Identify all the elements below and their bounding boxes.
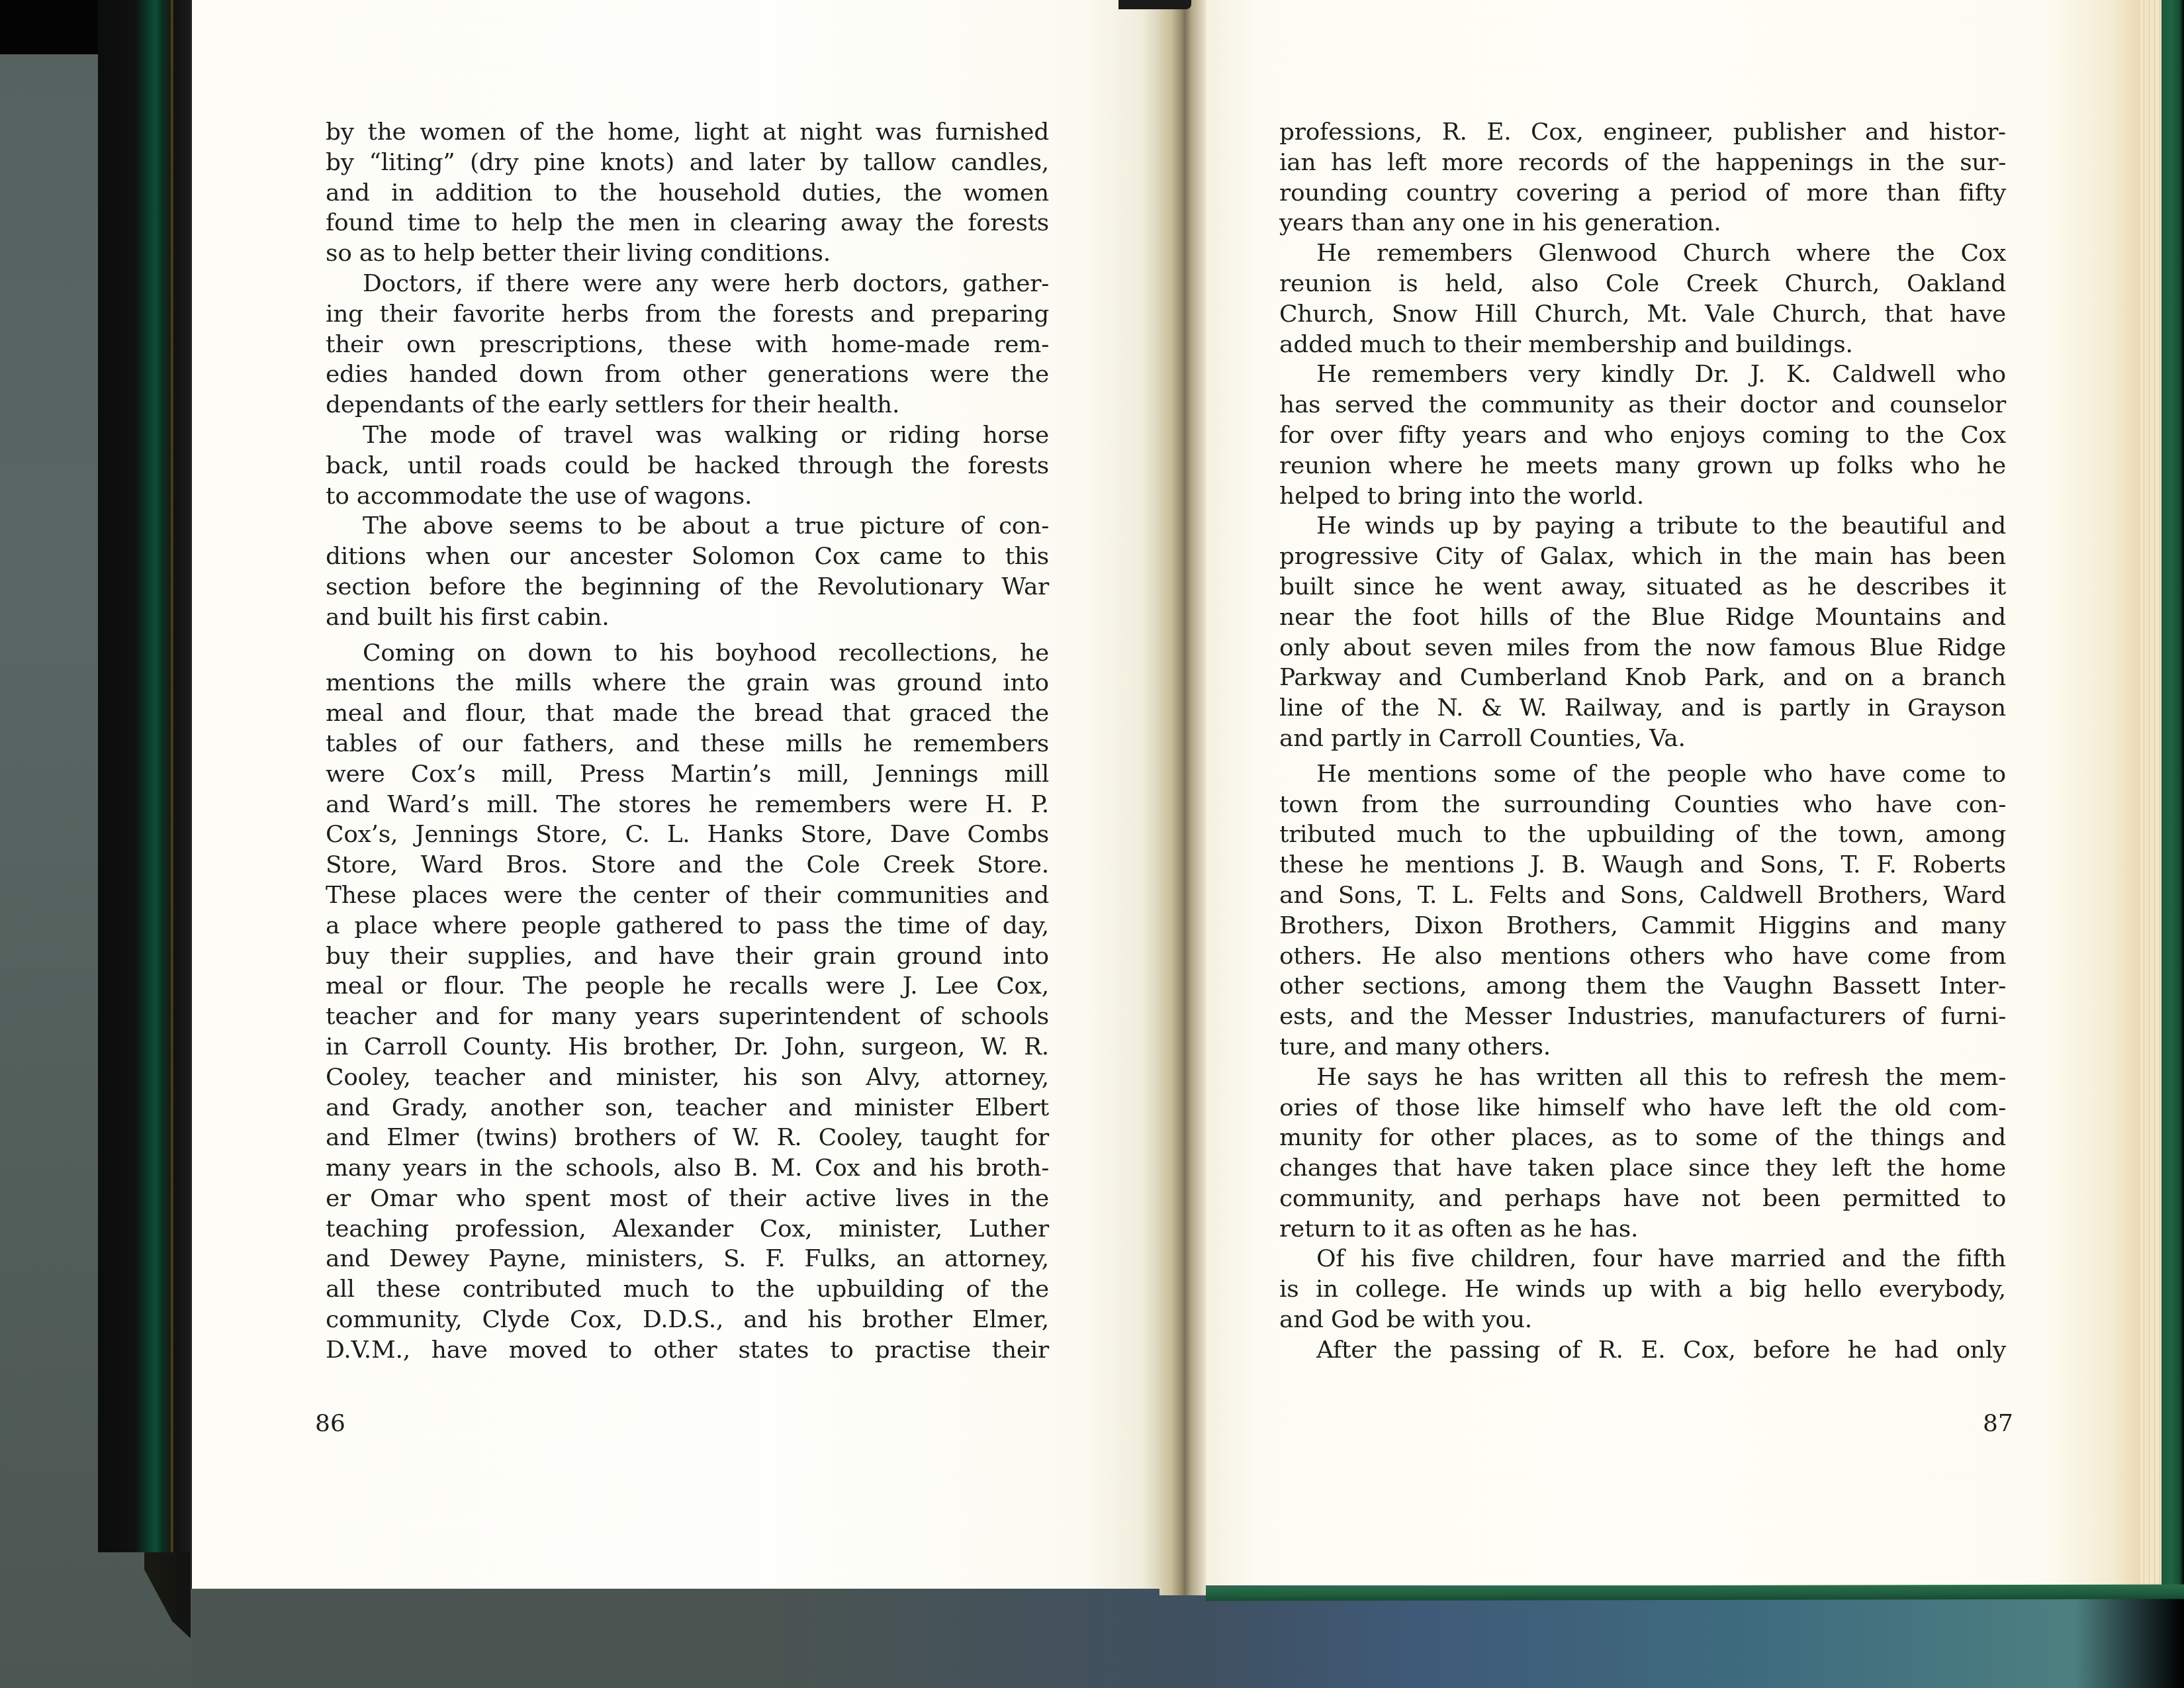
text-line: in Carroll County. His brother, Dr. John… (326, 1032, 1049, 1062)
text-line: and Sons, T. L. Felts and Sons, Caldwell… (1279, 880, 2006, 911)
text-line: reunion where he meets many grown up fol… (1279, 451, 2006, 481)
text-line: community, and perhaps have not been per… (1279, 1184, 2006, 1214)
text-line: He says he has written all this to refre… (1279, 1062, 2006, 1093)
text-line: professions, R. E. Cox, engineer, publis… (1279, 117, 2006, 148)
text-line: Brothers, Dixon Brothers, Cammit Higgins… (1279, 911, 2006, 941)
text-line: helped to bring into the world. (1279, 481, 2006, 512)
text-line: munity for other places, as to some of t… (1279, 1123, 2006, 1153)
book-cover-bottom-edge (1206, 1584, 2184, 1601)
text-line: others. He also mentions others who have… (1279, 941, 2006, 972)
text-line: ing their favorite herbs from the forest… (326, 299, 1049, 330)
left-page-body-text: by the women of the home, light at night… (326, 117, 1049, 1366)
page-edges-right (2140, 0, 2161, 1589)
right-page-body-text: professions, R. E. Cox, engineer, publis… (1279, 117, 2006, 1366)
book-gutter (1160, 0, 1206, 1595)
text-line: and built his first cabin. (326, 602, 1049, 633)
book-cover-left-edge (98, 0, 191, 1552)
text-line: added much to their membership and build… (1279, 330, 2006, 360)
page-number-right: 87 (1983, 1410, 2013, 1437)
text-line: return to it as often as he has. (1279, 1214, 2006, 1244)
text-line: to accommodate the use of wagons. (326, 481, 1049, 512)
book-spine-top (1118, 0, 1191, 9)
text-line: The mode of travel was walking or riding… (326, 420, 1049, 451)
text-line: section before the beginning of the Revo… (326, 572, 1049, 602)
text-line: Doctors, if there were any were herb doc… (326, 269, 1049, 299)
text-line: by the women of the home, light at night… (326, 117, 1049, 148)
text-line: These places were the center of their co… (326, 880, 1049, 911)
text-line: progressive City of Galax, which in the … (1279, 541, 2006, 572)
text-line: by “liting” (dry pine knots) and later b… (326, 148, 1049, 178)
text-line: their own prescriptions, these with home… (326, 330, 1049, 360)
text-line: changes that have taken place since they… (1279, 1153, 2006, 1184)
text-line: only about seven miles from the now famo… (1279, 633, 2006, 663)
text-line: ories of those like himself who have lef… (1279, 1093, 2006, 1123)
text-line: reunion is held, also Cole Creek Church,… (1279, 269, 2006, 299)
text-line: near the foot hills of the Blue Ridge Mo… (1279, 602, 2006, 633)
text-line: The above seems to be about a true pictu… (326, 511, 1049, 541)
text-line: so as to help better their living condit… (326, 238, 1049, 269)
text-line: and partly in Carroll Counties, Va. (1279, 724, 2006, 754)
book-cover-right-edge (2161, 0, 2184, 1595)
text-line: ditions when our ancester Solomon Cox ca… (326, 541, 1049, 572)
text-line: Of his five children, four have married … (1279, 1244, 2006, 1274)
text-line: line of the N. & W. Railway, and is part… (1279, 693, 2006, 724)
text-line: He winds up by paying a tribute to the b… (1279, 511, 2006, 541)
text-line: these he mentions J. B. Waugh and Sons, … (1279, 850, 2006, 880)
text-line: dependants of the early settlers for the… (326, 390, 1049, 420)
text-line: Store, Ward Bros. Store and the Cole Cre… (326, 850, 1049, 880)
text-line: tributed much to the upbuilding of the t… (1279, 820, 2006, 850)
text-line: Cooley, teacher and minister, his son Al… (326, 1062, 1049, 1093)
text-line: town from the surrounding Counties who h… (1279, 790, 2006, 820)
text-line: many years in the schools, also B. M. Co… (326, 1153, 1049, 1184)
text-line: Cox’s, Jennings Store, C. L. Hanks Store… (326, 820, 1049, 850)
text-line: edies handed down from other generations… (326, 359, 1049, 390)
text-line: has served the community as their doctor… (1279, 390, 2006, 420)
text-line: teaching profession, Alexander Cox, mini… (326, 1214, 1049, 1244)
text-line: buy their supplies, and have their grain… (326, 941, 1049, 972)
text-line: and Elmer (twins) brothers of W. R. Cool… (326, 1123, 1049, 1153)
text-line: D.V.M., have moved to other states to pr… (326, 1335, 1049, 1366)
text-line: ests, and the Messer Industries, manufac… (1279, 1002, 2006, 1032)
text-line: tables of our fathers, and these mills h… (326, 729, 1049, 759)
text-line: er Omar who spent most of their active l… (326, 1184, 1049, 1214)
text-line: found time to help the men in clearing a… (326, 208, 1049, 238)
text-line: and in addition to the household duties,… (326, 178, 1049, 209)
text-line: meal or flour. The people he recalls wer… (326, 971, 1049, 1002)
text-line: is in college. He winds up with a big he… (1279, 1274, 2006, 1305)
text-line: He remembers Glenwood Church where the C… (1279, 238, 2006, 269)
text-line: ian has left more records of the happeni… (1279, 148, 2006, 178)
text-line: Coming on down to his boyhood recollecti… (326, 638, 1049, 669)
text-line: Parkway and Cumberland Knob Park, and on… (1279, 663, 2006, 693)
text-line: years than any one in his generation. (1279, 208, 2006, 238)
text-line: meal and flour, that made the bread that… (326, 698, 1049, 729)
text-line: teacher and for many years superintenden… (326, 1002, 1049, 1032)
text-line: were Cox’s mill, Press Martin’s mill, Je… (326, 759, 1049, 790)
text-line: all these contributed much to the upbuil… (326, 1274, 1049, 1305)
text-line: and God be with you. (1279, 1305, 2006, 1335)
text-line: He remembers very kindly Dr. J. K. Caldw… (1279, 359, 2006, 390)
text-line: a place where people gathered to pass th… (326, 911, 1049, 941)
text-line: community, Clyde Cox, D.D.S., and his br… (326, 1305, 1049, 1335)
text-line: and Ward’s mill. The stores he remembers… (326, 790, 1049, 820)
text-line: back, until roads could be hacked throug… (326, 451, 1049, 481)
text-line: rounding country covering a period of mo… (1279, 178, 2006, 209)
text-line: built since he went away, situated as he… (1279, 572, 2006, 602)
text-line: and Dewey Payne, ministers, S. F. Fulks,… (326, 1244, 1049, 1274)
text-line: After the passing of R. E. Cox, before h… (1279, 1335, 2006, 1366)
text-line: and Grady, another son, teacher and mini… (326, 1093, 1049, 1123)
text-line: other sections, among them the Vaughn Ba… (1279, 971, 2006, 1002)
text-line: for over fifty years and who enjoys comi… (1279, 420, 2006, 451)
text-line: He mentions some of the people who have … (1279, 759, 2006, 790)
text-line: ture, and many others. (1279, 1032, 2006, 1062)
text-line: Church, Snow Hill Church, Mt. Vale Churc… (1279, 299, 2006, 330)
page-number-left: 86 (315, 1410, 345, 1437)
text-line: mentions the mills where the grain was g… (326, 668, 1049, 698)
